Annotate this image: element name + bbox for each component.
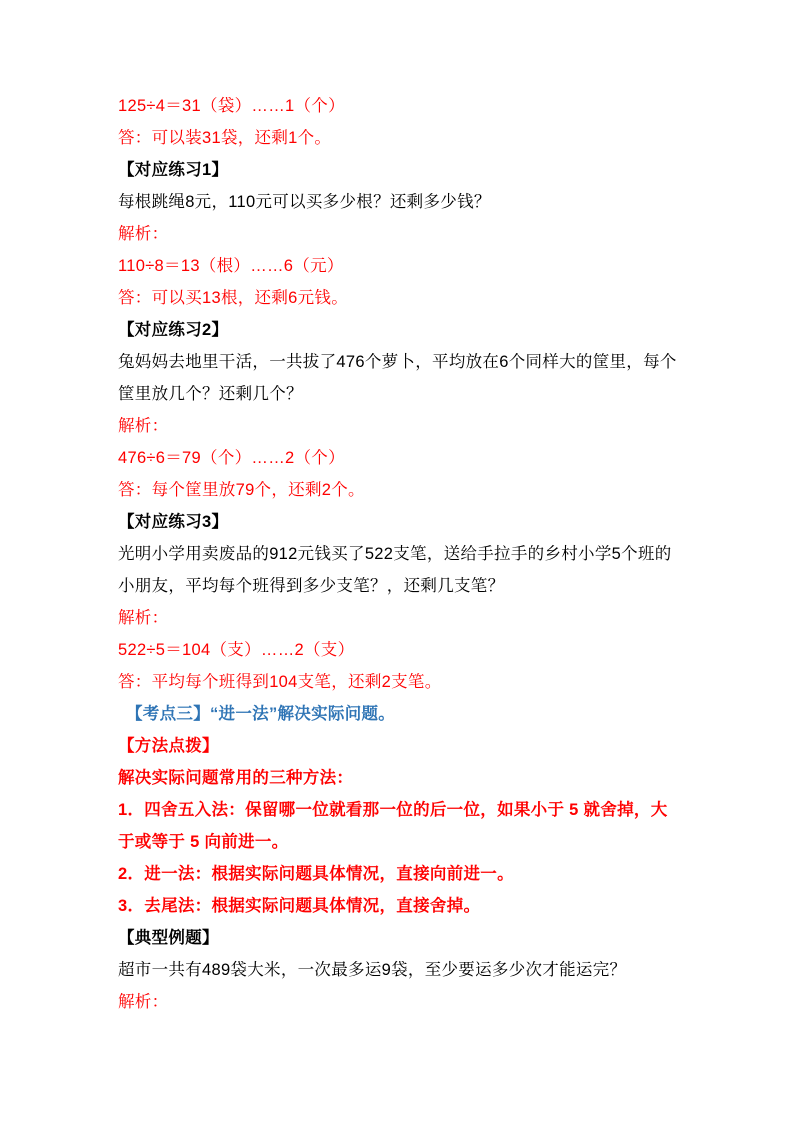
exercise3-heading: 【对应练习3】 <box>118 506 681 538</box>
exercise1-heading: 【对应练习1】 <box>118 154 681 186</box>
typical-example-analysis-label: 解析： <box>118 986 681 1018</box>
method-item-2: 2．进一法：根据实际问题具体情况，直接向前进一。 <box>118 858 681 890</box>
method-tips-intro: 解决实际问题常用的三种方法： <box>118 762 681 794</box>
topic3-heading: 【考点三】“进一法”解决实际问题。 <box>118 698 681 730</box>
typical-example-heading: 【典型例题】 <box>118 922 681 954</box>
exercise2-analysis-label: 解析： <box>118 410 681 442</box>
exercise2-heading: 【对应练习2】 <box>118 314 681 346</box>
exercise3-analysis-label: 解析： <box>118 602 681 634</box>
document-page: 125÷4＝31（袋）……1（个）答：可以装31袋，还剩1个。【对应练习1】每根… <box>0 0 793 1122</box>
exercise2-answer: 答：每个筐里放79个，还剩2个。 <box>118 474 681 506</box>
exercise1-question: 每根跳绳8元，110元可以买多少根？还剩多少钱？ <box>118 186 681 218</box>
prev-example-equation: 125÷4＝31（袋）……1（个） <box>118 90 681 122</box>
exercise2-equation: 476÷6＝79（个）……2（个） <box>118 442 681 474</box>
exercise2-question: 兔妈妈去地里干活，一共拔了476个萝卜，平均放在6个同样大的筐里，每个筐里放几个… <box>118 346 681 410</box>
exercise1-equation: 110÷8＝13（根）……6（元） <box>118 250 681 282</box>
exercise1-answer: 答：可以买13根，还剩6元钱。 <box>118 282 681 314</box>
exercise1-analysis-label: 解析： <box>118 218 681 250</box>
exercise3-question: 光明小学用卖废品的912元钱买了522支笔，送给手拉手的乡村小学5个班的小朋友，… <box>118 538 681 602</box>
method-tips-heading: 【方法点拨】 <box>118 730 681 762</box>
exercise3-answer: 答：平均每个班得到104支笔，还剩2支笔。 <box>118 666 681 698</box>
document-content: 125÷4＝31（袋）……1（个）答：可以装31袋，还剩1个。【对应练习1】每根… <box>118 90 681 1018</box>
prev-example-answer: 答：可以装31袋，还剩1个。 <box>118 122 681 154</box>
method-item-1: 1．四舍五入法：保留哪一位就看那一位的后一位，如果小于 5 就舍掉，大于或等于 … <box>118 794 681 858</box>
exercise3-equation: 522÷5＝104（支）……2（支） <box>118 634 681 666</box>
method-item-3: 3．去尾法：根据实际问题具体情况，直接舍掉。 <box>118 890 681 922</box>
typical-example-question: 超市一共有489袋大米，一次最多运9袋，至少要运多少次才能运完？ <box>118 954 681 986</box>
